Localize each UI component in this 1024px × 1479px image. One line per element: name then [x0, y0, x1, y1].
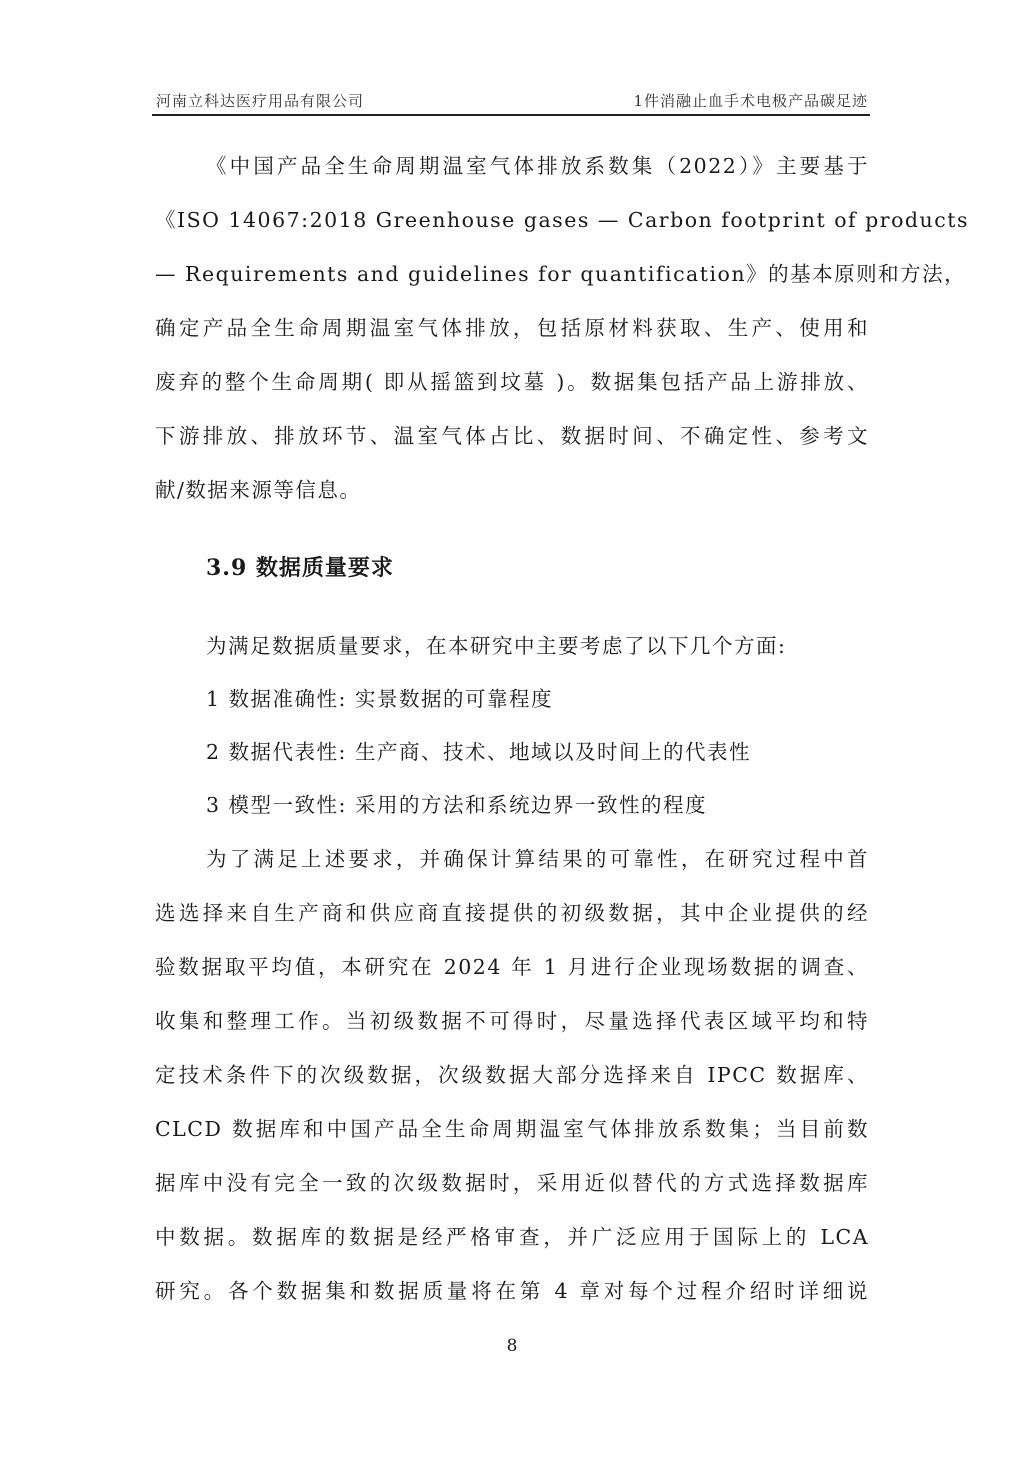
text-line: — Requirements and guidelines for quanti…	[155, 260, 869, 288]
list-item: 2 数据代表性: 生产商、技术、地域以及时间上的代表性	[206, 738, 869, 766]
text-line: CLCD 数据库和中国产品全生命周期温室气体排放系数集；当目前数	[155, 1115, 869, 1143]
text-line: 据库中没有完全一致的次级数据时，采用近似替代的方式选择数据库	[155, 1169, 869, 1197]
text-line: 研究。各个数据集和数据质量将在第 4 章对每个过程介绍时详细说	[155, 1277, 869, 1305]
text-line: 为了满足上述要求，并确保计算结果的可靠性，在研究过程中首	[206, 845, 869, 873]
text-line: 献/数据来源等信息。	[155, 476, 869, 504]
text-line: 选选择来自生产商和供应商直接提供的初级数据，其中企业提供的经	[155, 899, 869, 927]
page-header: 河南立科达医疗用品有限公司 1件消融止血手术电极产品碳足迹	[152, 88, 870, 114]
header-company: 河南立科达医疗用品有限公司	[156, 90, 364, 111]
text-line: 收集和整理工作。当初级数据不可得时，尽量选择代表区域平均和特	[155, 1007, 869, 1035]
text-line: 下游排放、排放环节、温室气体占比、数据时间、不确定性、参考文	[155, 422, 869, 450]
section-intro: 为满足数据质量要求，在本研究中主要考虑了以下几个方面:	[206, 632, 869, 660]
list-item: 1 数据准确性: 实景数据的可靠程度	[206, 685, 869, 713]
text-line: 《ISO 14067:2018 Greenhouse gases — Carbo…	[155, 206, 869, 234]
text-line: 中数据。数据库的数据是经严格审查，并广泛应用于国际上的 LCA	[155, 1223, 869, 1251]
header-divider	[152, 114, 870, 116]
text-line: 验数据取平均值，本研究在 2024 年 1 月进行企业现场数据的调查、	[155, 953, 869, 981]
page-number: 8	[0, 1336, 1024, 1356]
list-item: 3 模型一致性: 采用的方法和系统边界一致性的程度	[206, 791, 869, 819]
header-document-title: 1件消融止血手术电极产品碳足迹	[633, 90, 868, 111]
text-line: 定技术条件下的次级数据，次级数据大部分选择来自 IPCC 数据库、	[155, 1061, 869, 1089]
text-line: 确定产品全生命周期温室气体排放，包括原材料获取、生产、使用和	[155, 314, 869, 342]
text-line: 《中国产品全生命周期温室气体排放系数集（2022）》主要基于	[206, 152, 869, 180]
text-line: 废弃的整个生命周期( 即从摇篮到坟墓 )。数据集包括产品上游排放、	[155, 368, 869, 396]
section-heading: 3.9 数据质量要求	[206, 551, 394, 582]
